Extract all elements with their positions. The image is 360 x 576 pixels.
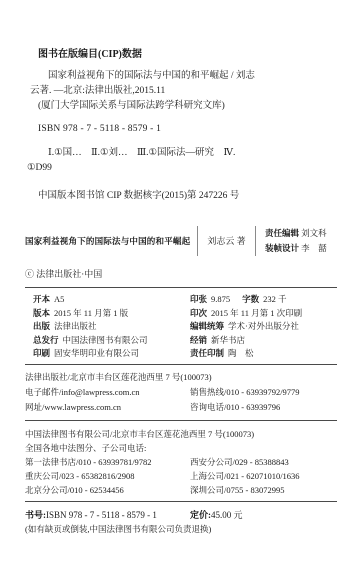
distributor-address: 中国法律图书有限公司/北京市丰台区莲花池西里 7 号(100073) — [25, 427, 337, 441]
spec-value: 9.875 — [211, 294, 230, 304]
publisher-contact: 法律出版社/北京市丰台区莲花池西里 7 号(100073) 电子邮件/info@… — [25, 370, 337, 415]
spec-label: 版本 — [33, 308, 50, 318]
contact-row: 网址/www.lawpress.com.cn 咨询电话/010 - 639397… — [25, 400, 337, 415]
distributor-block: 中国法律图书有限公司/北京市丰台区莲花池西里 7 号(100073) 全国各地中… — [25, 427, 337, 497]
book-number: 书号:ISBN 978 - 7 - 5118 - 8579 - 1 — [25, 508, 190, 522]
spec-label: 字数 — [242, 294, 259, 304]
cip-description: 国家利益视角下的国际法与中国的和平崛起 / 刘志 云著. —北京:法律出版社,2… — [38, 69, 337, 114]
specs-row: 版本2015 年 11 月第 1 版 印次2015 年 11 月第 1 次印刷 — [33, 307, 337, 321]
cip-publisher-line: 云著. —北京:法律出版社,2015.11 — [30, 84, 337, 99]
spec-label: 印张 — [190, 294, 207, 304]
editor-name: 刘文科 — [301, 228, 327, 238]
specs-row: 印刷固安华明印业有限公司 责任印制陶 松 — [33, 347, 337, 361]
designer-name: 李 嚭 — [301, 243, 327, 253]
branch-phone: 北京分公司/010 - 62534456 — [25, 483, 190, 497]
isbn-label: 书号: — [25, 510, 46, 520]
horizontal-rule — [25, 420, 337, 421]
contact-row: 电子邮件/info@lawpress.com.cn 销售热线/010 - 639… — [25, 385, 337, 400]
spec-label: 编辑统筹 — [190, 321, 224, 331]
designer-label: 装帧设计 — [265, 243, 299, 253]
author-name: 刘志云 著 — [198, 234, 255, 248]
spec-value: 新华书店 — [211, 335, 245, 345]
spec-value: 中国法律图书有限公司 — [63, 335, 148, 345]
spec-value: 学术·对外出版分社 — [228, 321, 299, 331]
publisher-website: 网址/www.lawpress.com.cn — [25, 400, 190, 415]
isbn-value: ISBN 978 - 7 - 5118 - 8579 - 1 — [46, 510, 157, 520]
cip-title-line: 国家利益视角下的国际法与中国的和平崛起 / 刘志 — [38, 69, 337, 84]
spec-value: 2015 年 11 月第 1 版 — [54, 308, 128, 318]
branch-phone: 西安分公司/029 - 85388843 — [190, 455, 289, 469]
branch-phone: 深圳公司/0755 - 83072995 — [190, 483, 284, 497]
spec-value: 232 千 — [263, 294, 286, 304]
specs-row: 总发行中国法律图书有限公司 经销新华书店 — [33, 334, 337, 348]
branch-row: 第一法律书店/010 - 63939781/9782 西安分公司/029 - 8… — [25, 455, 337, 469]
inquiry-phone: 咨询电话/010 - 63939796 — [190, 400, 280, 415]
cip-heading: 图书在版编目(CIP)数据 — [38, 48, 337, 62]
cip-classification-line1: Ⅰ.①国… Ⅱ.①刘… Ⅲ.①国际法—研究 Ⅳ. — [38, 146, 337, 161]
price: 定价:45.00 元 — [190, 508, 243, 522]
copyright-page: 图书在版编目(CIP)数据 国家利益视角下的国际法与中国的和平崛起 / 刘志 云… — [0, 0, 360, 576]
branch-phone: 上海公司/021 - 62071010/1636 — [190, 469, 300, 483]
spec-label: 责任印制 — [190, 348, 224, 358]
cip-classification: Ⅰ.①国… Ⅱ.①刘… Ⅲ.①国际法—研究 Ⅳ. ①D99 — [38, 146, 337, 176]
spec-label: 开本 — [33, 294, 50, 304]
editor-label: 责任编辑 — [265, 228, 299, 238]
price-value: 45.00 元 — [211, 510, 243, 520]
editor-line: 责任编辑 刘文科 — [265, 226, 327, 241]
spec-value: 法律出版社 — [54, 321, 97, 331]
footer-block: 书号:ISBN 978 - 7 - 5118 - 8579 - 1 定价:45.… — [25, 508, 337, 537]
horizontal-rule — [25, 501, 337, 502]
isbn-price-row: 书号:ISBN 978 - 7 - 5118 - 8579 - 1 定价:45.… — [25, 508, 337, 522]
printing-specs: 开本A5 印张9.875字数232 千 版本2015 年 11 月第 1 版 印… — [33, 293, 337, 361]
copyright-line: ⓒ 法律出版社·中国 — [25, 267, 337, 281]
spec-label: 出版 — [33, 321, 50, 331]
publisher-email: 电子邮件/info@lawpress.com.cn — [25, 385, 190, 400]
branch-row: 重庆公司/023 - 65382816/2908 上海公司/021 - 6207… — [25, 469, 337, 483]
cip-record-number: 中国版本图书馆 CIP 数据核字(2015)第 247226 号 — [38, 189, 337, 203]
specs-row: 出版法律出版社 编辑统筹学术·对外出版分社 — [33, 320, 337, 334]
distributor-note: 全国各地中法图分、子公司电话: — [25, 441, 337, 455]
credits-block: 责任编辑 刘文科 装帧设计 李 嚭 — [256, 226, 327, 256]
branch-row: 北京分公司/010 - 62534456 深圳公司/0755 - 8307299… — [25, 483, 337, 497]
spec-label: 经销 — [190, 335, 207, 345]
return-policy-note: (如有缺页或倒装,中国法律图书有限公司负责退换) — [25, 522, 337, 537]
spec-value: 固安华明印业有限公司 — [54, 348, 139, 358]
price-label: 定价: — [190, 510, 211, 520]
sales-hotline: 销售热线/010 - 63939792/9779 — [190, 385, 300, 400]
branch-phone: 第一法律书店/010 - 63939781/9782 — [25, 455, 190, 469]
designer-line: 装帧设计 李 嚭 — [265, 241, 327, 256]
horizontal-rule — [25, 287, 337, 288]
spec-label: 印刷 — [33, 348, 50, 358]
horizontal-rule — [25, 364, 337, 365]
publisher-address: 法律出版社/北京市丰台区莲花池西里 7 号(100073) — [25, 370, 337, 385]
spec-value: 2015 年 11 月第 1 次印刷 — [211, 308, 302, 318]
spec-value: 陶 松 — [228, 348, 254, 358]
specs-row: 开本A5 印张9.875字数232 千 — [33, 293, 337, 307]
branch-phone: 重庆公司/023 - 65382816/2908 — [25, 469, 190, 483]
spec-label: 印次 — [190, 308, 207, 318]
cip-series-line: (厦门大学国际关系与国际法跨学科研究文库) — [38, 99, 337, 114]
spec-value: A5 — [54, 294, 64, 304]
spec-label: 总发行 — [33, 335, 59, 345]
cip-block: 图书在版编目(CIP)数据 国家利益视角下的国际法与中国的和平崛起 / 刘志 云… — [38, 48, 337, 203]
title-credits-bar: 国家利益视角下的国际法与中国的和平崛起 刘志云 著 责任编辑 刘文科 装帧设计 … — [25, 222, 337, 260]
cip-isbn: ISBN 978 - 7 - 5118 - 8579 - 1 — [38, 122, 337, 136]
book-title: 国家利益视角下的国际法与中国的和平崛起 — [25, 234, 197, 248]
cip-classification-line2: ①D99 — [27, 161, 337, 176]
